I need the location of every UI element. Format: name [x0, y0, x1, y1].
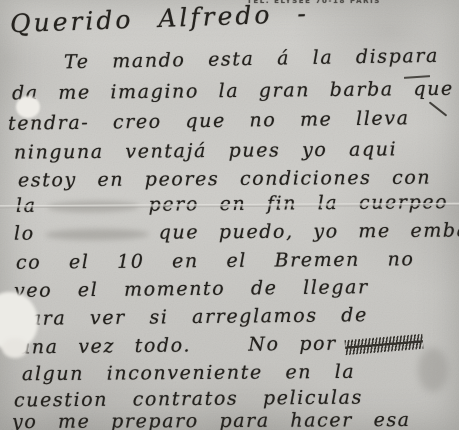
- letter-line: estoy en peores condiciones con: [18, 167, 431, 192]
- scanned-letter-page: TEL. ELYSEE 70-18 PARIS Querido Alfredo …: [0, 0, 459, 430]
- letter-line: co el 10 en el Bremen no: [16, 248, 415, 273]
- letter-line: veo el momento de llegar: [14, 276, 369, 302]
- paper-damage-spot: [16, 96, 40, 118]
- letter-line: una vez todo. No por: [18, 332, 423, 359]
- erased-word-smudge: [45, 228, 149, 240]
- paper-damage-spot: [2, 338, 28, 358]
- letter-line: ninguna ventajá pues yo aqui: [14, 138, 397, 163]
- letter-line-segment: que puedo, yo me embar: [159, 219, 459, 243]
- crossed-out-word: [344, 333, 423, 354]
- letter-line: algun inconveniente en la: [22, 361, 355, 385]
- letter-line: cuestion contratos peliculas: [14, 386, 363, 411]
- letter-greeting: Querido Alfredo -: [10, 0, 310, 38]
- letter-line: Te mando esta á la dispara: [64, 45, 439, 74]
- letter-line: loque puedo, yo me embar: [14, 219, 459, 244]
- letter-line-segment: No por: [248, 333, 337, 356]
- letter-line-segment: lo: [14, 222, 35, 244]
- ink-thumb-smudge: [418, 348, 448, 392]
- letter-line-segment: una vez todo.: [18, 334, 191, 358]
- letter-line: para ver si arreglamos de: [16, 304, 368, 330]
- letter-line: yo me preparo para hacer esa: [12, 409, 411, 430]
- letter-line: tendra- creo que no me lleva: [8, 107, 410, 135]
- letter-line: da me imagino la gran barba que: [12, 78, 454, 105]
- pen-flick-stroke: [429, 101, 448, 116]
